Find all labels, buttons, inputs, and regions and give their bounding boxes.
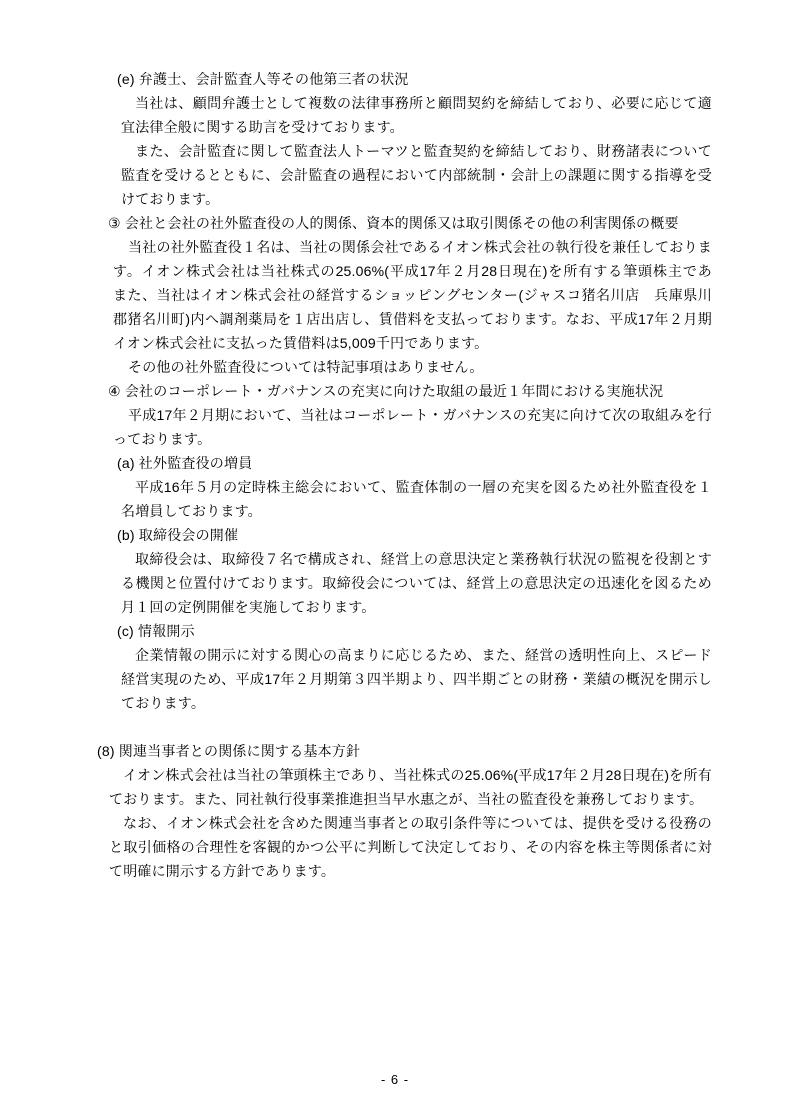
text-line: 当社は、顧問弁護士として複数の法律事務所と顧問契約を締結しており、必要に応じて適: [135, 91, 712, 115]
text-line: 取締役会は、取締役７名で構成され、経営上の意思決定と業務執行状況の監視を役割とす: [135, 547, 712, 571]
text-line: と取引価格の合理性を客観的かつ公平に判断して決定しており、その内容を株主等関係者…: [109, 835, 712, 859]
text-line: 平成16年５月の定時株主総会において、監査体制の一層の充実を図るため社外監査役を…: [135, 475, 712, 499]
text-line: 名増員しております。: [121, 499, 790, 523]
text-line: っております。: [113, 427, 790, 451]
text-line: て明確に開示する方針であります。: [109, 859, 790, 883]
text-line: 郡猪名川町)内へ調剤薬局を１店出店し、賃借料を支払っております。なお、平成17年…: [113, 307, 712, 331]
document-page: (e) 弁護士、会計監査人等その他第三者の状況当社は、顧問弁護士として複数の法律…: [0, 0, 790, 1118]
text-line: 企業情報の開示に対する関心の高まりに応じるため、また、経営の透明性向上、スピード: [135, 643, 712, 667]
text-line: イオン株式会社は当社の筆頭株主であり、当社株式の25.06%(平成17年２月28…: [123, 763, 712, 787]
page-number: - 6 -: [0, 1072, 790, 1087]
text-line: けております。: [121, 187, 790, 211]
text-line: ております。また、同社執行役事業推進担当早水惠之が、当社の監査役を兼務しておりま…: [109, 787, 790, 811]
text-line: イオン株式会社に支払った賃借料は5,009千円であります。: [113, 331, 790, 355]
text-line: 平成17年２月期において、当社はコーポレート・ガバナンスの充実に向けて次の取組み…: [128, 403, 712, 427]
text-line: ております。: [121, 691, 790, 715]
text-line: また、当社はイオン株式会社の経営するショッピングセンター(ジャスコ猪名川店 兵庫…: [113, 283, 712, 307]
text-line: ④ 会社のコーポレート・ガバナンスの充実に向けた取組の最近１年間における実施状況: [108, 379, 790, 403]
text-line: ③ 会社と会社の社外監査役の人的関係、資本的関係又は取引関係その他の利害関係の概…: [108, 211, 790, 235]
text-line: す。イオン株式会社は当社株式の25.06%(平成17年２月28日現在)を所有する…: [113, 259, 712, 283]
text-line: 宜法律全般に関する助言を受けております。: [121, 115, 790, 139]
text-line: (a) 社外監査役の増員: [117, 451, 790, 475]
text-line: る機関と位置付けております。取締役会については、経営上の意思決定の迅速化を図るた…: [121, 571, 712, 595]
blank-line: [0, 715, 790, 739]
document-body: (e) 弁護士、会計監査人等その他第三者の状況当社は、顧問弁護士として複数の法律…: [0, 67, 790, 883]
text-line: (8) 関連当事者との関係に関する基本方針: [97, 739, 790, 763]
text-line: (e) 弁護士、会計監査人等その他第三者の状況: [117, 67, 790, 91]
text-line: なお、イオン株式会社を含めた関連当事者との取引条件等については、提供を受ける役務…: [123, 811, 712, 835]
text-line: (c) 情報開示: [117, 619, 790, 643]
text-line: 月１回の定例開催を実施しております。: [121, 595, 790, 619]
text-line: その他の社外監査役については特記事項はありません。: [128, 355, 790, 379]
text-line: 当社の社外監査役１名は、当社の関係会社であるイオン株式会社の執行役を兼任しており…: [128, 235, 712, 259]
text-line: 監査を受けるとともに、会計監査の過程において内部統制・会計上の課題に関する指導を…: [121, 163, 712, 187]
text-line: 経営実現のため、平成17年２月期第３四半期より、四半期ごとの財務・業績の概況を開…: [121, 667, 712, 691]
text-line: また、会計監査に関して監査法人トーマツと監査契約を締結しており、財務諸表について: [135, 139, 712, 163]
text-line: (b) 取締役会の開催: [117, 523, 790, 547]
